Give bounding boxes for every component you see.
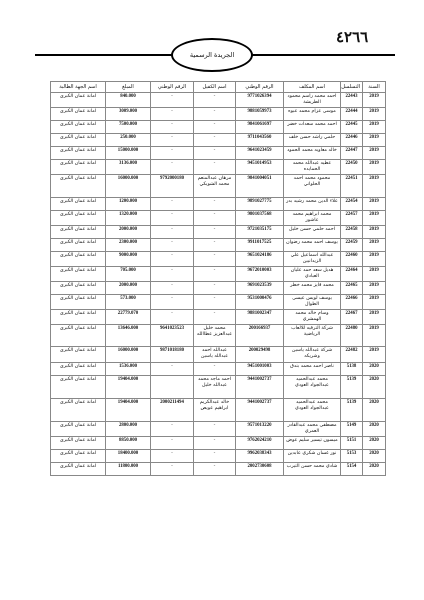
agency-cell: امانة عمان الكبرى — [51, 134, 106, 147]
guarantor-name-cell: محمد خليل عبدالعزيز عطاالله — [194, 325, 236, 347]
national-id-cell: 9451014953 — [236, 160, 284, 175]
guarantor-name-cell: - — [194, 422, 236, 437]
amount-cell: 9000.000 — [106, 252, 151, 267]
guarantor-id-cell: - — [151, 422, 194, 437]
agency-cell: امانة عمان الكبرى — [51, 267, 106, 282]
agency-cell: امانة عمان الكبرى — [51, 347, 106, 363]
guarantor-id-cell: - — [151, 198, 194, 211]
col-national-id-header: الرقم الوطني — [236, 82, 284, 93]
year-cell: 2019 — [363, 93, 386, 108]
national-id-cell: 2002730608 — [236, 463, 284, 476]
guarantor-id-cell — [151, 376, 194, 399]
amount-cell: 18400.000 — [106, 450, 151, 463]
national-id-cell: 9441002737 — [236, 376, 284, 399]
serial-cell: 22465 — [341, 282, 363, 295]
serial-cell: 22464 — [341, 267, 363, 282]
taxpayer-name-cell: احمد حلمي حسن خليل — [284, 226, 341, 239]
guarantor-name-cell: - — [194, 93, 236, 108]
guarantor-id-cell: - — [151, 226, 194, 239]
table-row: 201922444موسى عزام محمد عبوه9881059973--… — [51, 108, 386, 121]
guarantor-name-cell: خالد عبدالكريم ابراهيم عويص — [194, 399, 236, 422]
agency-cell: امانة عمان الكبرى — [51, 175, 106, 198]
taxpayer-name-cell: هديل سعد حمد عليان العبادي — [284, 267, 341, 282]
guarantor-id-cell: - — [151, 310, 194, 325]
agency-cell: امانة عمان الكبرى — [51, 363, 106, 376]
guarantor-name-cell: - — [194, 363, 236, 376]
amount-cell: 705.000 — [106, 267, 151, 282]
masthead-oval: الجريدة الرسمية — [171, 38, 253, 72]
agency-cell: امانة عمان الكبرى — [51, 239, 106, 252]
national-id-cell: 9841004051 — [236, 175, 284, 198]
ledger-table: السنة التسلسل اسم المكلف الرقم الوطني اس… — [50, 81, 386, 476]
year-cell: 2020 — [363, 450, 386, 463]
serial-cell: 5138 — [341, 363, 363, 376]
agency-cell: امانة عمان الكبرى — [51, 282, 106, 295]
guarantor-name-cell: - — [194, 121, 236, 134]
national-id-cell: 9881002347 — [236, 310, 284, 325]
table-row: 201922445احمد محمد سعدات خضر9841061697--… — [51, 121, 386, 134]
taxpayer-name-cell: موسى عزام محمد عبوه — [284, 108, 341, 121]
guarantor-id-cell: 2000211494 — [151, 399, 194, 422]
guarantor-id-cell: - — [151, 267, 194, 282]
taxpayer-name-cell: محمد عبدالحميد عبدالجواد العودي — [284, 376, 341, 399]
amount-cell: 1200.000 — [106, 198, 151, 211]
col-guarantor-header: اسم الكفيل — [194, 82, 236, 93]
table-row: 201922467وسام خالد محمد الهمشري988100234… — [51, 310, 386, 325]
taxpayer-name-cell: احمد محمد سعدات خضر — [284, 121, 341, 134]
national-id-cell: 200166937 — [236, 325, 284, 347]
table-row: 20205153نور غسان شكري عابدين9962038343--… — [51, 450, 386, 463]
taxpayer-name-cell: محمود محمد احمد الحلواني — [284, 175, 341, 198]
serial-cell: 22460 — [341, 252, 363, 267]
year-cell: 2019 — [363, 175, 386, 198]
guarantor-id-cell: - — [151, 463, 194, 476]
guarantor-name-cell: - — [194, 211, 236, 226]
guarantor-id-cell: - — [151, 108, 194, 121]
national-id-cell: 9691023539 — [236, 282, 284, 295]
guarantor-name-cell: عبدالله احمد عبدالله ياسين — [194, 347, 236, 363]
guarantor-name-cell: - — [194, 437, 236, 450]
agency-cell: امانة عمان الكبرى — [51, 198, 106, 211]
table-row: 201922446حلمي راشد حسن خلف9711043560--25… — [51, 134, 386, 147]
amount-cell: 22779.070 — [106, 310, 151, 325]
guarantor-name-cell: - — [194, 134, 236, 147]
table-row: 201922480شركة الترفيه للالعاب الرياضية20… — [51, 325, 386, 347]
serial-cell: 22480 — [341, 325, 363, 347]
table-row: 20205154شادي محمد حسن التيرب2002730608--… — [51, 463, 386, 476]
year-cell: 2020 — [363, 422, 386, 437]
table-row: 20205138ناصر احمد محمد بندق9451001003--1… — [51, 363, 386, 376]
agency-cell: امانة عمان الكبرى — [51, 211, 106, 226]
amount-cell: 19404.000 — [106, 399, 151, 422]
national-id-cell: 9451001003 — [236, 363, 284, 376]
serial-cell: 22450 — [341, 160, 363, 175]
national-id-cell: 9571013220 — [236, 422, 284, 437]
national-id-cell: 9801037568 — [236, 211, 284, 226]
national-id-cell: 9441002737 — [236, 399, 284, 422]
year-cell: 2019 — [363, 134, 386, 147]
guarantor-name-cell: - — [194, 282, 236, 295]
guarantor-id-cell: - — [151, 160, 194, 175]
guarantor-id-cell: - — [151, 147, 194, 160]
serial-cell: 5149 — [341, 422, 363, 437]
table-row: 201922460عبدالله اسماعيل علي الزيدانيين9… — [51, 252, 386, 267]
table-row: 201922451محمود محمد احمد الحلواني9841004… — [51, 175, 386, 198]
serial-cell: 22447 — [341, 147, 363, 160]
table-row: 201922464هديل سعد حمد عليان العبادي96720… — [51, 267, 386, 282]
guarantor-id-cell: - — [151, 93, 194, 108]
national-id-cell: 9762024210 — [236, 437, 284, 450]
national-id-cell: 9771026394 — [236, 93, 284, 108]
serial-cell: 5151 — [341, 437, 363, 450]
table-body: 201922443احمد محمد راسم محمود الطريشة977… — [51, 93, 386, 476]
national-id-cell: 9721035175 — [236, 226, 284, 239]
national-id-cell: 9651024186 — [236, 252, 284, 267]
taxpayer-name-cell: ناصر احمد محمد بندق — [284, 363, 341, 376]
national-id-cell: 9891027775 — [236, 198, 284, 211]
taxpayer-name-cell: شادي محمد حسن التيرب — [284, 463, 341, 476]
year-cell: 2019 — [363, 121, 386, 134]
guarantor-name-cell: - — [194, 463, 236, 476]
taxpayer-name-cell: مصطفى محمد عبدالقادر العمري — [284, 422, 341, 437]
national-id-cell: 9672010003 — [236, 267, 284, 282]
guarantor-id-cell: - — [151, 211, 194, 226]
year-cell: 2020 — [363, 437, 386, 450]
table-row: 20205139محمد عبدالحميد عبدالجواد العودي9… — [51, 399, 386, 422]
guarantor-id-cell: - — [151, 239, 194, 252]
guarantor-id-cell: - — [151, 252, 194, 267]
serial-cell: 5139 — [341, 399, 363, 422]
col-guarantor-id-header: الرقم الوطني — [151, 82, 194, 93]
guarantor-id-cell: 9792000180 — [151, 175, 194, 198]
serial-cell: 22467 — [341, 310, 363, 325]
year-cell: 2019 — [363, 252, 386, 267]
agency-cell: امانة عمان الكبرى — [51, 325, 106, 347]
taxpayer-name-cell: خالد معاويه محمد الحمود — [284, 147, 341, 160]
guarantor-name-cell: احمد ماجد محمد عبدالله خليل — [194, 376, 236, 399]
col-name-header: اسم المكلف — [284, 82, 341, 93]
amount-cell: 19404.000 — [106, 376, 151, 399]
agency-cell: امانة عمان الكبرى — [51, 422, 106, 437]
page-number: ٤٢٦٦ — [336, 28, 368, 46]
table-row: 201922466يوسف لويس عيسى الطوال9531000476… — [51, 295, 386, 310]
year-cell: 2020 — [363, 376, 386, 399]
agency-cell: امانة عمان الكبرى — [51, 226, 106, 239]
serial-cell: 22466 — [341, 295, 363, 310]
guarantor-name-cell: مرهان عبدالمنعم محمد الشويكي — [194, 175, 236, 198]
amount-cell: 840.000 — [106, 93, 151, 108]
agency-cell: امانة عمان الكبرى — [51, 399, 106, 422]
amount-cell: 11800.000 — [106, 463, 151, 476]
amount-cell: 3136.000 — [106, 160, 151, 175]
agency-cell: امانة عمان الكبرى — [51, 121, 106, 134]
table-row: 201922459يوسف احمد محمد رضوان9911017525-… — [51, 239, 386, 252]
guarantor-id-cell: - — [151, 134, 194, 147]
guarantor-id-cell: - — [151, 363, 194, 376]
table-row: 20205139محمد عبدالحميد عبدالجواد العودي9… — [51, 376, 386, 399]
national-id-cell: 9531000476 — [236, 295, 284, 310]
guarantor-id-cell: 9871018180 — [151, 347, 194, 363]
col-year-header: السنة — [363, 82, 386, 93]
col-agency-header: اسم الجهة الطالبة — [51, 82, 106, 93]
header-rule-right — [252, 54, 395, 56]
table-row: 201922450عطيه عبدالله محمد الحمايده94510… — [51, 160, 386, 175]
taxpayer-name-cell: حلمي راشد حسن خلف — [284, 134, 341, 147]
amount-cell: 2000.000 — [106, 226, 151, 239]
agency-cell: امانة عمان الكبرى — [51, 310, 106, 325]
guarantor-name-cell: - — [194, 239, 236, 252]
agency-cell: امانة عمان الكبرى — [51, 108, 106, 121]
year-cell: 2019 — [363, 310, 386, 325]
year-cell: 2019 — [363, 282, 386, 295]
serial-cell: 22482 — [341, 347, 363, 363]
taxpayer-name-cell: وسام خالد محمد الهمشري — [284, 310, 341, 325]
agency-cell: امانة عمان الكبرى — [51, 147, 106, 160]
guarantor-id-cell: - — [151, 450, 194, 463]
amount-cell: 1320.000 — [106, 211, 151, 226]
agency-cell: امانة عمان الكبرى — [51, 376, 106, 399]
national-id-cell: 9881059973 — [236, 108, 284, 121]
year-cell: 2020 — [363, 399, 386, 422]
year-cell: 2019 — [363, 160, 386, 175]
serial-cell: 22454 — [341, 198, 363, 211]
serial-cell: 22446 — [341, 134, 363, 147]
header-rule-left — [35, 54, 172, 56]
taxpayer-name-cell: يوسف لويس عيسى الطوال — [284, 295, 341, 310]
year-cell: 2019 — [363, 267, 386, 282]
serial-cell: 22457 — [341, 211, 363, 226]
amount-cell: 16000.000 — [106, 175, 151, 198]
amount-cell: 3009.000 — [106, 108, 151, 121]
year-cell: 2019 — [363, 295, 386, 310]
serial-cell: 22451 — [341, 175, 363, 198]
guarantor-name-cell: - — [194, 198, 236, 211]
guarantor-name-cell: - — [194, 267, 236, 282]
amount-cell: 2800.000 — [106, 422, 151, 437]
agency-cell: امانة عمان الكبرى — [51, 437, 106, 450]
table-row: 201922443احمد محمد راسم محمود الطريشة977… — [51, 93, 386, 108]
taxpayer-name-cell: يوسف احمد محمد رضوان — [284, 239, 341, 252]
taxpayer-name-cell: علاء الدين محمد رشيد بدر — [284, 198, 341, 211]
national-id-cell: 9711043560 — [236, 134, 284, 147]
agency-cell: امانة عمان الكبرى — [51, 93, 106, 108]
year-cell: 2019 — [363, 226, 386, 239]
year-cell: 2019 — [363, 347, 386, 363]
guarantor-name-cell: - — [194, 147, 236, 160]
taxpayer-name-cell: ميسون تيسير سليم عوض — [284, 437, 341, 450]
year-cell: 2019 — [363, 239, 386, 252]
amount-cell: 7500.000 — [106, 121, 151, 134]
table-row: 201922482شركة عبدالله ياسين وشريكه200029… — [51, 347, 386, 363]
taxpayer-name-cell: محمد ابراهيم محمد عاشور — [284, 211, 341, 226]
amount-cell: 2300.000 — [106, 239, 151, 252]
year-cell: 2019 — [363, 108, 386, 121]
amount-cell: 15000.000 — [106, 147, 151, 160]
taxpayer-name-cell: عطيه عبدالله محمد الحمايده — [284, 160, 341, 175]
guarantor-id-cell: - — [151, 437, 194, 450]
guarantor-name-cell: - — [194, 310, 236, 325]
taxpayer-name-cell: عبدالله اسماعيل علي الزيدانيين — [284, 252, 341, 267]
agency-cell: امانة عمان الكبرى — [51, 463, 106, 476]
agency-cell: امانة عمان الكبرى — [51, 295, 106, 310]
table-row: 20205149مصطفى محمد عبدالقادر العمري95710… — [51, 422, 386, 437]
serial-cell: 5153 — [341, 450, 363, 463]
col-amount-header: المبلغ — [106, 82, 151, 93]
amount-cell: 573.000 — [106, 295, 151, 310]
national-id-cell: 9841061697 — [236, 121, 284, 134]
table-row: 201922465محمد فايز محمد خطر9691023539--2… — [51, 282, 386, 295]
guarantor-name-cell: - — [194, 226, 236, 239]
amount-cell: 16000.000 — [106, 347, 151, 363]
taxpayer-name-cell: شركة عبدالله ياسين وشريكه — [284, 347, 341, 363]
serial-cell: 5139 — [341, 376, 363, 399]
serial-cell: 5154 — [341, 463, 363, 476]
amount-cell: 1536.000 — [106, 363, 151, 376]
table-row: 201922454علاء الدين محمد رشيد بدر9891027… — [51, 198, 386, 211]
amount-cell: 250.000 — [106, 134, 151, 147]
guarantor-name-cell: - — [194, 108, 236, 121]
guarantor-name-cell: - — [194, 160, 236, 175]
guarantor-name-cell: - — [194, 295, 236, 310]
national-id-cell: 9911017525 — [236, 239, 284, 252]
year-cell: 2019 — [363, 198, 386, 211]
masthead-title: الجريدة الرسمية — [190, 51, 234, 59]
table-row: 20205151ميسون تيسير سليم عوض9762024210--… — [51, 437, 386, 450]
national-id-cell: 9641023459 — [236, 147, 284, 160]
amount-cell: 2000.000 — [106, 282, 151, 295]
table-row: 201922447خالد معاويه محمد الحمود96410234… — [51, 147, 386, 160]
taxpayer-name-cell: شركة الترفيه للالعاب الرياضية — [284, 325, 341, 347]
taxpayer-name-cell: محمد فايز محمد خطر — [284, 282, 341, 295]
guarantor-name-cell: - — [194, 252, 236, 267]
serial-cell: 22445 — [341, 121, 363, 134]
col-serial-header: التسلسل — [341, 82, 363, 93]
taxpayer-name-cell: نور غسان شكري عابدين — [284, 450, 341, 463]
agency-cell: امانة عمان الكبرى — [51, 252, 106, 267]
table-row: 201922457محمد ابراهيم محمد عاشور98010375… — [51, 211, 386, 226]
year-cell: 2019 — [363, 211, 386, 226]
agency-cell: امانة عمان الكبرى — [51, 160, 106, 175]
national-id-cell: 9962038343 — [236, 450, 284, 463]
year-cell: 2020 — [363, 363, 386, 376]
guarantor-id-cell: - — [151, 121, 194, 134]
guarantor-id-cell: 9641023523 — [151, 325, 194, 347]
agency-cell: امانة عمان الكبرى — [51, 450, 106, 463]
national-id-cell: 200029498 — [236, 347, 284, 363]
table-header-row: السنة التسلسل اسم المكلف الرقم الوطني اس… — [51, 82, 386, 93]
table-row: 201922458احمد حلمي حسن خليل9721035175--2… — [51, 226, 386, 239]
year-cell: 2019 — [363, 147, 386, 160]
serial-cell: 22443 — [341, 93, 363, 108]
guarantor-id-cell: - — [151, 295, 194, 310]
guarantor-name-cell: - — [194, 450, 236, 463]
year-cell: 2019 — [363, 325, 386, 347]
serial-cell: 22459 — [341, 239, 363, 252]
taxpayer-name-cell: محمد عبدالحميد عبدالجواد العودي — [284, 399, 341, 422]
year-cell: 2020 — [363, 463, 386, 476]
serial-cell: 22444 — [341, 108, 363, 121]
serial-cell: 22458 — [341, 226, 363, 239]
amount-cell: 13646.000 — [106, 325, 151, 347]
taxpayer-name-cell: احمد محمد راسم محمود الطريشة — [284, 93, 341, 108]
guarantor-id-cell: - — [151, 282, 194, 295]
amount-cell: 8850.000 — [106, 437, 151, 450]
